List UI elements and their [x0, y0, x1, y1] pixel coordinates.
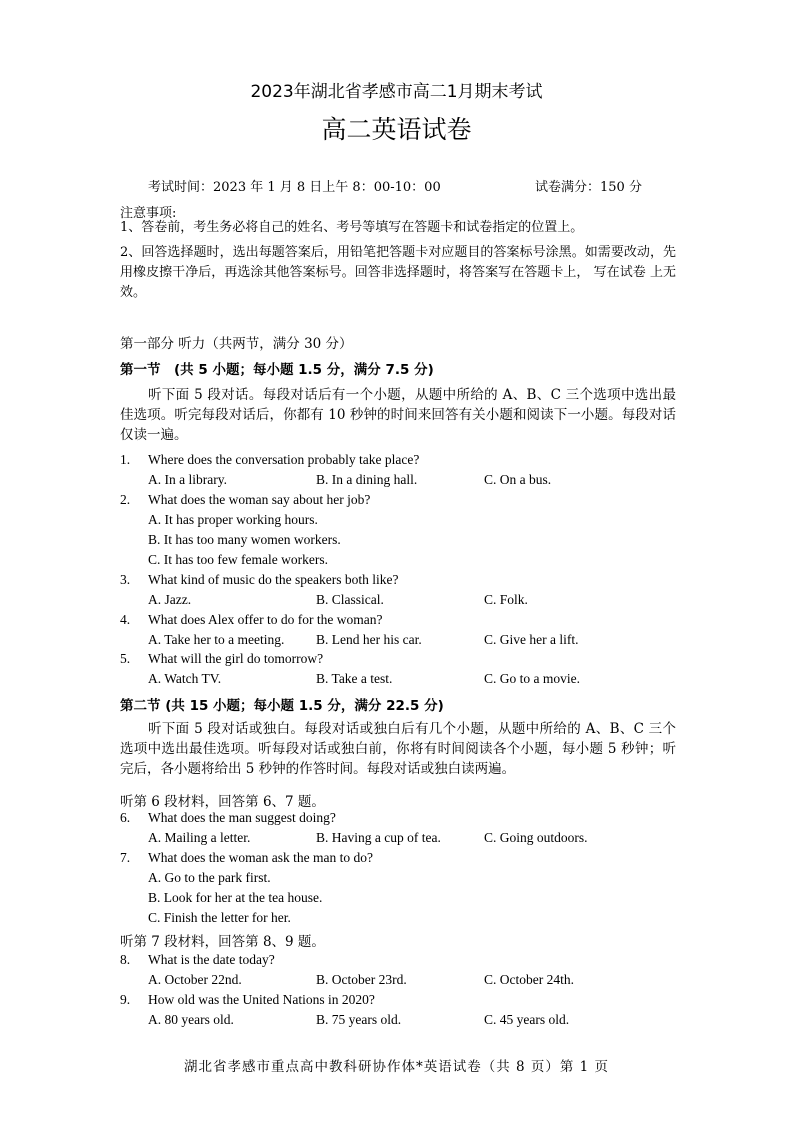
section1-instructions: 听下面 5 段对话。每段对话后有一个小题，从题中所给的 A、B、C 三个选项中选… — [120, 385, 676, 445]
question-number: 3. — [120, 572, 130, 588]
option-b: B. Lend her his car. — [316, 632, 422, 648]
option-c: C. Finish the letter for her. — [148, 910, 291, 926]
option-c: C. On a bus. — [484, 472, 551, 488]
question-stem: What will the girl do tomorrow? — [148, 651, 323, 667]
part1-heading: 第一部分 听力（共两节，满分 30 分） — [120, 332, 353, 352]
note-1: 1、答卷前，考生务必将自己的姓名、考号等填写在答题卡和试卷指定的位置上。 — [120, 218, 676, 238]
option-a: A. October 22nd. — [148, 972, 242, 988]
exam-time: 考试时间：2023 年 1 月 8 日上午 8：00-10：00 — [148, 176, 441, 195]
question-number: 9. — [120, 992, 130, 1008]
option-b: B. In a dining hall. — [316, 472, 417, 488]
option-a: A. Go to the park first. — [148, 870, 271, 886]
option-c: C. It has too few female workers. — [148, 552, 328, 568]
question-stem: What is the date today? — [148, 952, 275, 968]
option-c: C. 45 years old. — [484, 1012, 569, 1028]
section2-instructions: 听下面 5 段对话或独白。每段对话或独白后有几个小题，从题中所给的 A、B、C … — [120, 719, 676, 779]
option-b: B. Classical. — [316, 592, 384, 608]
question-number: 7. — [120, 850, 130, 866]
option-a: A. In a library. — [148, 472, 227, 488]
option-b: B. October 23rd. — [316, 972, 407, 988]
option-c: C. October 24th. — [484, 972, 574, 988]
question-stem: What kind of music do the speakers both … — [148, 572, 398, 588]
exam-title: 2023年湖北省孝感市高二1月期末考试 — [0, 77, 793, 102]
full-score: 试卷满分：150 分 — [535, 176, 642, 195]
question-number: 4. — [120, 612, 130, 628]
option-a: A. Take her to a meeting. — [148, 632, 284, 648]
question-number: 6. — [120, 810, 130, 826]
paper-title: 高二英语试卷 — [0, 110, 793, 146]
question-stem: What does Alex offer to do for the woman… — [148, 612, 382, 628]
option-c: C. Give her a lift. — [484, 632, 578, 648]
question-stem: Where does the conversation probably tak… — [148, 452, 419, 468]
question-number: 1. — [120, 452, 130, 468]
option-c: C. Going outdoors. — [484, 830, 588, 846]
question-stem: How old was the United Nations in 2020? — [148, 992, 375, 1008]
page-footer: 湖北省孝感市重点高中教科研协作体*英语试卷（共 8 页）第 1 页 — [0, 1055, 793, 1075]
option-b: B. 75 years old. — [316, 1012, 401, 1028]
section2-heading: 第二节 (共 15 小题；每小题 1.5 分，满分 22.5 分) — [120, 694, 444, 714]
question-number: 5. — [120, 651, 130, 667]
question-number: 8. — [120, 952, 130, 968]
option-a: A. 80 years old. — [148, 1012, 234, 1028]
question-stem: What does the woman say about her job? — [148, 492, 370, 508]
note-2: 2、回答选择题时，选出每题答案后，用铅笔把答题卡对应题目的答案标号涂黑。如需要改… — [120, 243, 676, 303]
option-b: B. Look for her at the tea house. — [148, 890, 322, 906]
option-a: A. Watch TV. — [148, 671, 221, 687]
question-stem: What does the woman ask the man to do? — [148, 850, 373, 866]
question-number: 2. — [120, 492, 130, 508]
material-7-note: 听第 7 段材料，回答第 8、9 题。 — [120, 930, 325, 950]
option-c: C. Go to a movie. — [484, 671, 580, 687]
option-a: A. Jazz. — [148, 592, 191, 608]
material-6-note: 听第 6 段材料，回答第 6、7 题。 — [120, 790, 325, 810]
option-c: C. Folk. — [484, 592, 528, 608]
option-a: A. Mailing a letter. — [148, 830, 250, 846]
question-stem: What does the man suggest doing? — [148, 810, 336, 826]
option-b: B. Having a cup of tea. — [316, 830, 441, 846]
option-a: A. It has proper working hours. — [148, 512, 318, 528]
option-b: B. Take a test. — [316, 671, 392, 687]
option-b: B. It has too many women workers. — [148, 532, 341, 548]
section1-heading: 第一节 (共 5 小题；每小题 1.5 分，满分 7.5 分) — [120, 358, 434, 378]
